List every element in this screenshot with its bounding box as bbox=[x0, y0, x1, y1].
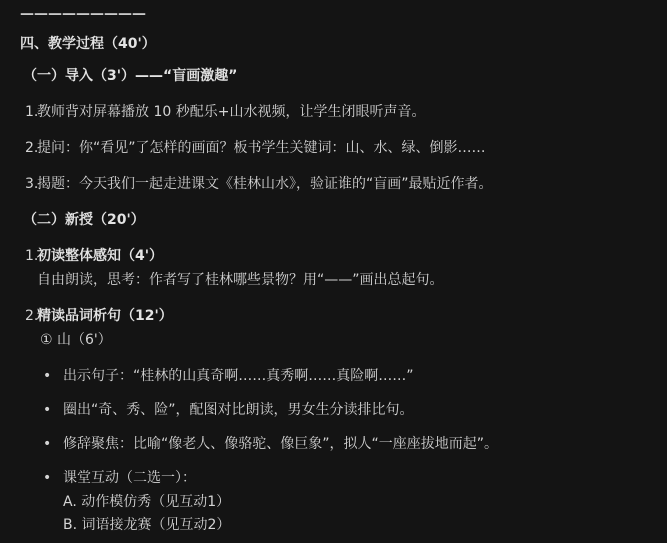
step-number: 3. bbox=[25, 176, 37, 192]
step-number: 2. bbox=[25, 140, 37, 156]
bullet-text: 出示句子：“桂林的山真奇啊……真秀啊……真险啊……” bbox=[63, 368, 647, 384]
intro-step-1: 1. 教师背对屏幕播放 10 秒配乐+山水视频，让学生闭眼听声音。 bbox=[25, 104, 647, 120]
step-text: 揭题：今天我们一起走进课文《桂林山水》，验证谁的“盲画”最贴近作者。 bbox=[37, 176, 647, 192]
intro-step-3: 3. 揭题：今天我们一起走进课文《桂林山水》，验证谁的“盲画”最贴近作者。 bbox=[25, 176, 647, 192]
part-new-title: （二）新授（20'） bbox=[23, 212, 647, 228]
lesson-plan-document: ————————— 四、教学过程（40'） （一）导入（3'）——“盲画激趣” … bbox=[0, 0, 667, 543]
bullet-item-4: • 课堂互动（二选一）： bbox=[43, 470, 647, 486]
bullet-dot-icon: • bbox=[43, 368, 63, 384]
activity-number: 1. bbox=[25, 248, 37, 264]
activity-number: 2. bbox=[25, 308, 37, 324]
interaction-option-a: A. 动作模仿秀（见互动1） bbox=[63, 494, 647, 510]
bullet-dot-icon: • bbox=[43, 470, 63, 486]
bullet-item-3: • 修辞聚焦：比喻“像老人、像骆驼、像巨象”，拟人“一座座拔地而起”。 bbox=[43, 436, 647, 452]
interaction-option-b: B. 词语接龙赛（见互动2） bbox=[63, 517, 647, 533]
bullet-dot-icon: • bbox=[43, 402, 63, 418]
activity-title: 初读整体感知（4'） bbox=[37, 248, 647, 264]
bullet-text: 圈出“奇、秀、险”，配图对比朗读，男女生分读排比句。 bbox=[63, 402, 647, 418]
bullet-dot-icon: • bbox=[43, 436, 63, 452]
step-text: 提问：你“看见”了怎样的画面？板书学生关键词：山、水、绿、倒影…… bbox=[37, 140, 647, 156]
activity-2-row: 2. 精读品词析句（12'） bbox=[25, 308, 647, 324]
step-text: 教师背对屏幕播放 10 秒配乐+山水视频，让学生闭眼听声音。 bbox=[37, 104, 647, 120]
activity-1-detail: 自由朗读，思考：作者写了桂林哪些景物？用“——”画出总起句。 bbox=[37, 272, 647, 288]
bullet-text: 课堂互动（二选一）： bbox=[63, 470, 647, 486]
part-intro-title: （一）导入（3'）——“盲画激趣” bbox=[23, 68, 647, 84]
bullet-item-2: • 圈出“奇、秀、险”，配图对比朗读，男女生分读排比句。 bbox=[43, 402, 647, 418]
activity-1-row: 1. 初读整体感知（4'） bbox=[25, 248, 647, 264]
bullet-item-1: • 出示句子：“桂林的山真奇啊……真秀啊……真险啊……” bbox=[43, 368, 647, 384]
activity-title: 精读品词析句（12'） bbox=[37, 308, 647, 324]
horizontal-divider: ————————— bbox=[20, 6, 647, 22]
bullet-text: 修辞聚焦：比喻“像老人、像骆驼、像巨象”，拟人“一座座拔地而起”。 bbox=[63, 436, 647, 452]
step-number: 1. bbox=[25, 104, 37, 120]
intro-step-2: 2. 提问：你“看见”了怎样的画面？板书学生关键词：山、水、绿、倒影…… bbox=[25, 140, 647, 156]
activity-2-subtopic: ① 山（6'） bbox=[40, 332, 647, 348]
section-heading: 四、教学过程（40'） bbox=[20, 36, 647, 52]
